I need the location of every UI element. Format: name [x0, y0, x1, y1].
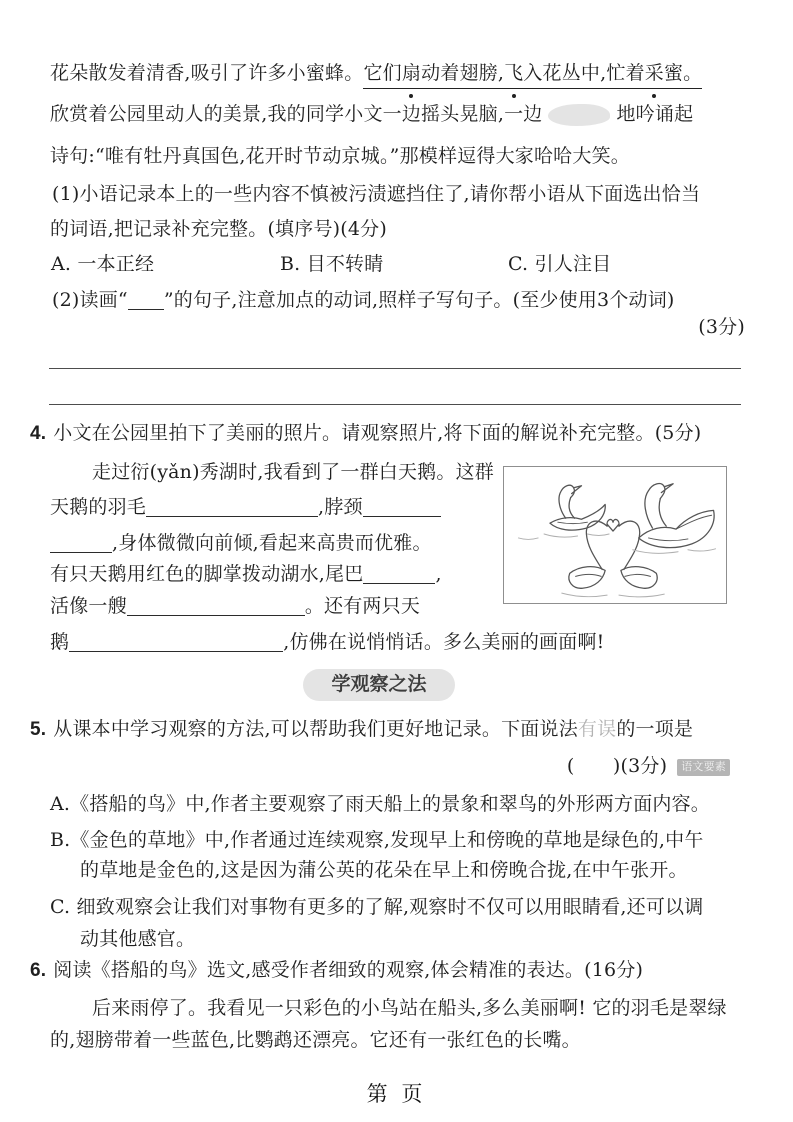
fill-blank	[127, 613, 305, 616]
dotted-verb: 扇	[402, 60, 421, 86]
question-5-title: 5.从课本中学习观察的方法,可以帮助我们更好地记录。下面说法有误的一项是	[30, 716, 693, 743]
answer-rule-line	[49, 404, 741, 405]
q4-text-line-1: 走过衍(yǎn)秀湖时,我看到了一群白天鹅。这群	[92, 459, 494, 485]
q4-text-line-5: 活像一艘。还有两只天	[50, 593, 420, 619]
q4-text-line-2: 天鹅的羽毛,脖颈	[50, 494, 441, 520]
intro-line-2: 欣赏着公园里动人的美景,我的同学小文一边摇头晃脑,一边地吟诵起	[50, 101, 693, 127]
q4-text-line-4: 有只天鹅用红色的脚掌拨动湖水,尾巴,	[50, 561, 442, 587]
light-emphasis-text: 有误	[578, 718, 616, 740]
fill-blank	[363, 514, 441, 517]
q5-option-b-line-2: 的草地是金色的,这是因为蒲公英的花朵在早上和傍晚合拢,在中午张开。	[80, 857, 688, 883]
sub-question-1-line-1: (1)小语记录本上的一些内容不慎被污渍遮挡住了,请你帮小语从下面选出恰当	[52, 181, 700, 207]
option-b: B. 目不转睛	[280, 251, 383, 277]
swans-illustration	[504, 467, 726, 603]
ink-smudge	[548, 104, 610, 126]
fill-blank	[50, 550, 112, 553]
question-4-title: 4.小文在公园里拍下了美丽的照片。请观察照片,将下面的解说补充完整。(5分)	[30, 420, 701, 447]
q5-score-line: ( )(3分)语文要素	[567, 753, 730, 779]
fill-blank	[146, 514, 318, 517]
q4-text-line-3: ,身体微微向前倾,看起来高贵而优雅。	[50, 530, 432, 556]
q6-passage-line-2: 的,翅膀带着一些蓝色,比鹦鹉还漂亮。它还有一张红色的长嘴。	[50, 1027, 581, 1053]
underlined-sentence: 它们扇动着翅膀,飞入花丛中,忙着采蜜。	[363, 62, 702, 89]
q6-passage-line-1: 后来雨停了。我看见一只彩色的小鸟站在船头,多么美丽啊! 它的羽毛是翠绿	[92, 995, 727, 1021]
q5-option-c-line-1: C. 细致观察会让我们对事物有更多的了解,观察时不仅可以用眼睛看,还可以调	[50, 894, 703, 920]
intro-line-3: 诗句:“唯有牡丹真国色,花开时节动京城。”那模样逗得大家哈哈大笑。	[50, 143, 630, 169]
sub-question-1-line-2: 的词语,把记录补充完整。(填序号)(4分)	[50, 216, 387, 242]
q5-option-b-line-1: B.《金色的草地》中,作者通过连续观察,发现早上和傍晚的草地是绿色的,中午	[50, 827, 704, 853]
answer-parentheses: ( )(3分)	[567, 755, 667, 777]
dotted-verb: 飞	[504, 60, 523, 86]
q5-option-a: A.《搭船的鸟》中,作者主要观察了雨天船上的景象和翠鸟的外形两方面内容。	[50, 791, 710, 817]
q4-text-line-6: 鹅,仿佛在说悄悄话。多么美丽的画面啊!	[50, 629, 604, 655]
exam-worksheet-page: 花朵散发着清香,吸引了许多小蜜蜂。它们扇动着翅膀,飞入花丛中,忙着采蜜。 欣赏着…	[0, 0, 793, 1122]
score-label: (3分)	[698, 314, 745, 340]
intro-text: 花朵散发着清香,吸引了许多小蜜蜂。	[50, 62, 363, 84]
intro-line-1: 花朵散发着清香,吸引了许多小蜜蜂。它们扇动着翅膀,飞入花丛中,忙着采蜜。	[50, 60, 702, 86]
answer-rule-line	[49, 368, 741, 369]
option-c: C. 引人注目	[508, 251, 611, 277]
swan-photo-frame	[503, 466, 727, 604]
sub-question-2-line: (2)读画“”的句子,注意加点的动词,照样子写句子。(至少使用3个动词)	[52, 287, 675, 313]
question-number: 5.	[30, 719, 46, 740]
question-6-title: 6.阅读《搭船的鸟》选文,感受作者细致的观察,体会精准的表达。(16分)	[30, 957, 643, 984]
option-a: A. 一本正经	[51, 251, 154, 277]
section-header-pill: 学观察之法	[303, 669, 455, 701]
page-footer: 第 页	[0, 1078, 793, 1108]
dotted-verb: 采	[645, 60, 664, 86]
question-number: 6.	[30, 960, 46, 981]
fill-blank	[363, 581, 435, 584]
fill-blank	[69, 649, 283, 652]
q5-option-c-line-2: 动其他感官。	[80, 926, 195, 952]
keypoint-badge: 语文要素	[677, 759, 730, 776]
question-number: 4.	[30, 423, 46, 444]
fill-blank	[128, 307, 164, 310]
